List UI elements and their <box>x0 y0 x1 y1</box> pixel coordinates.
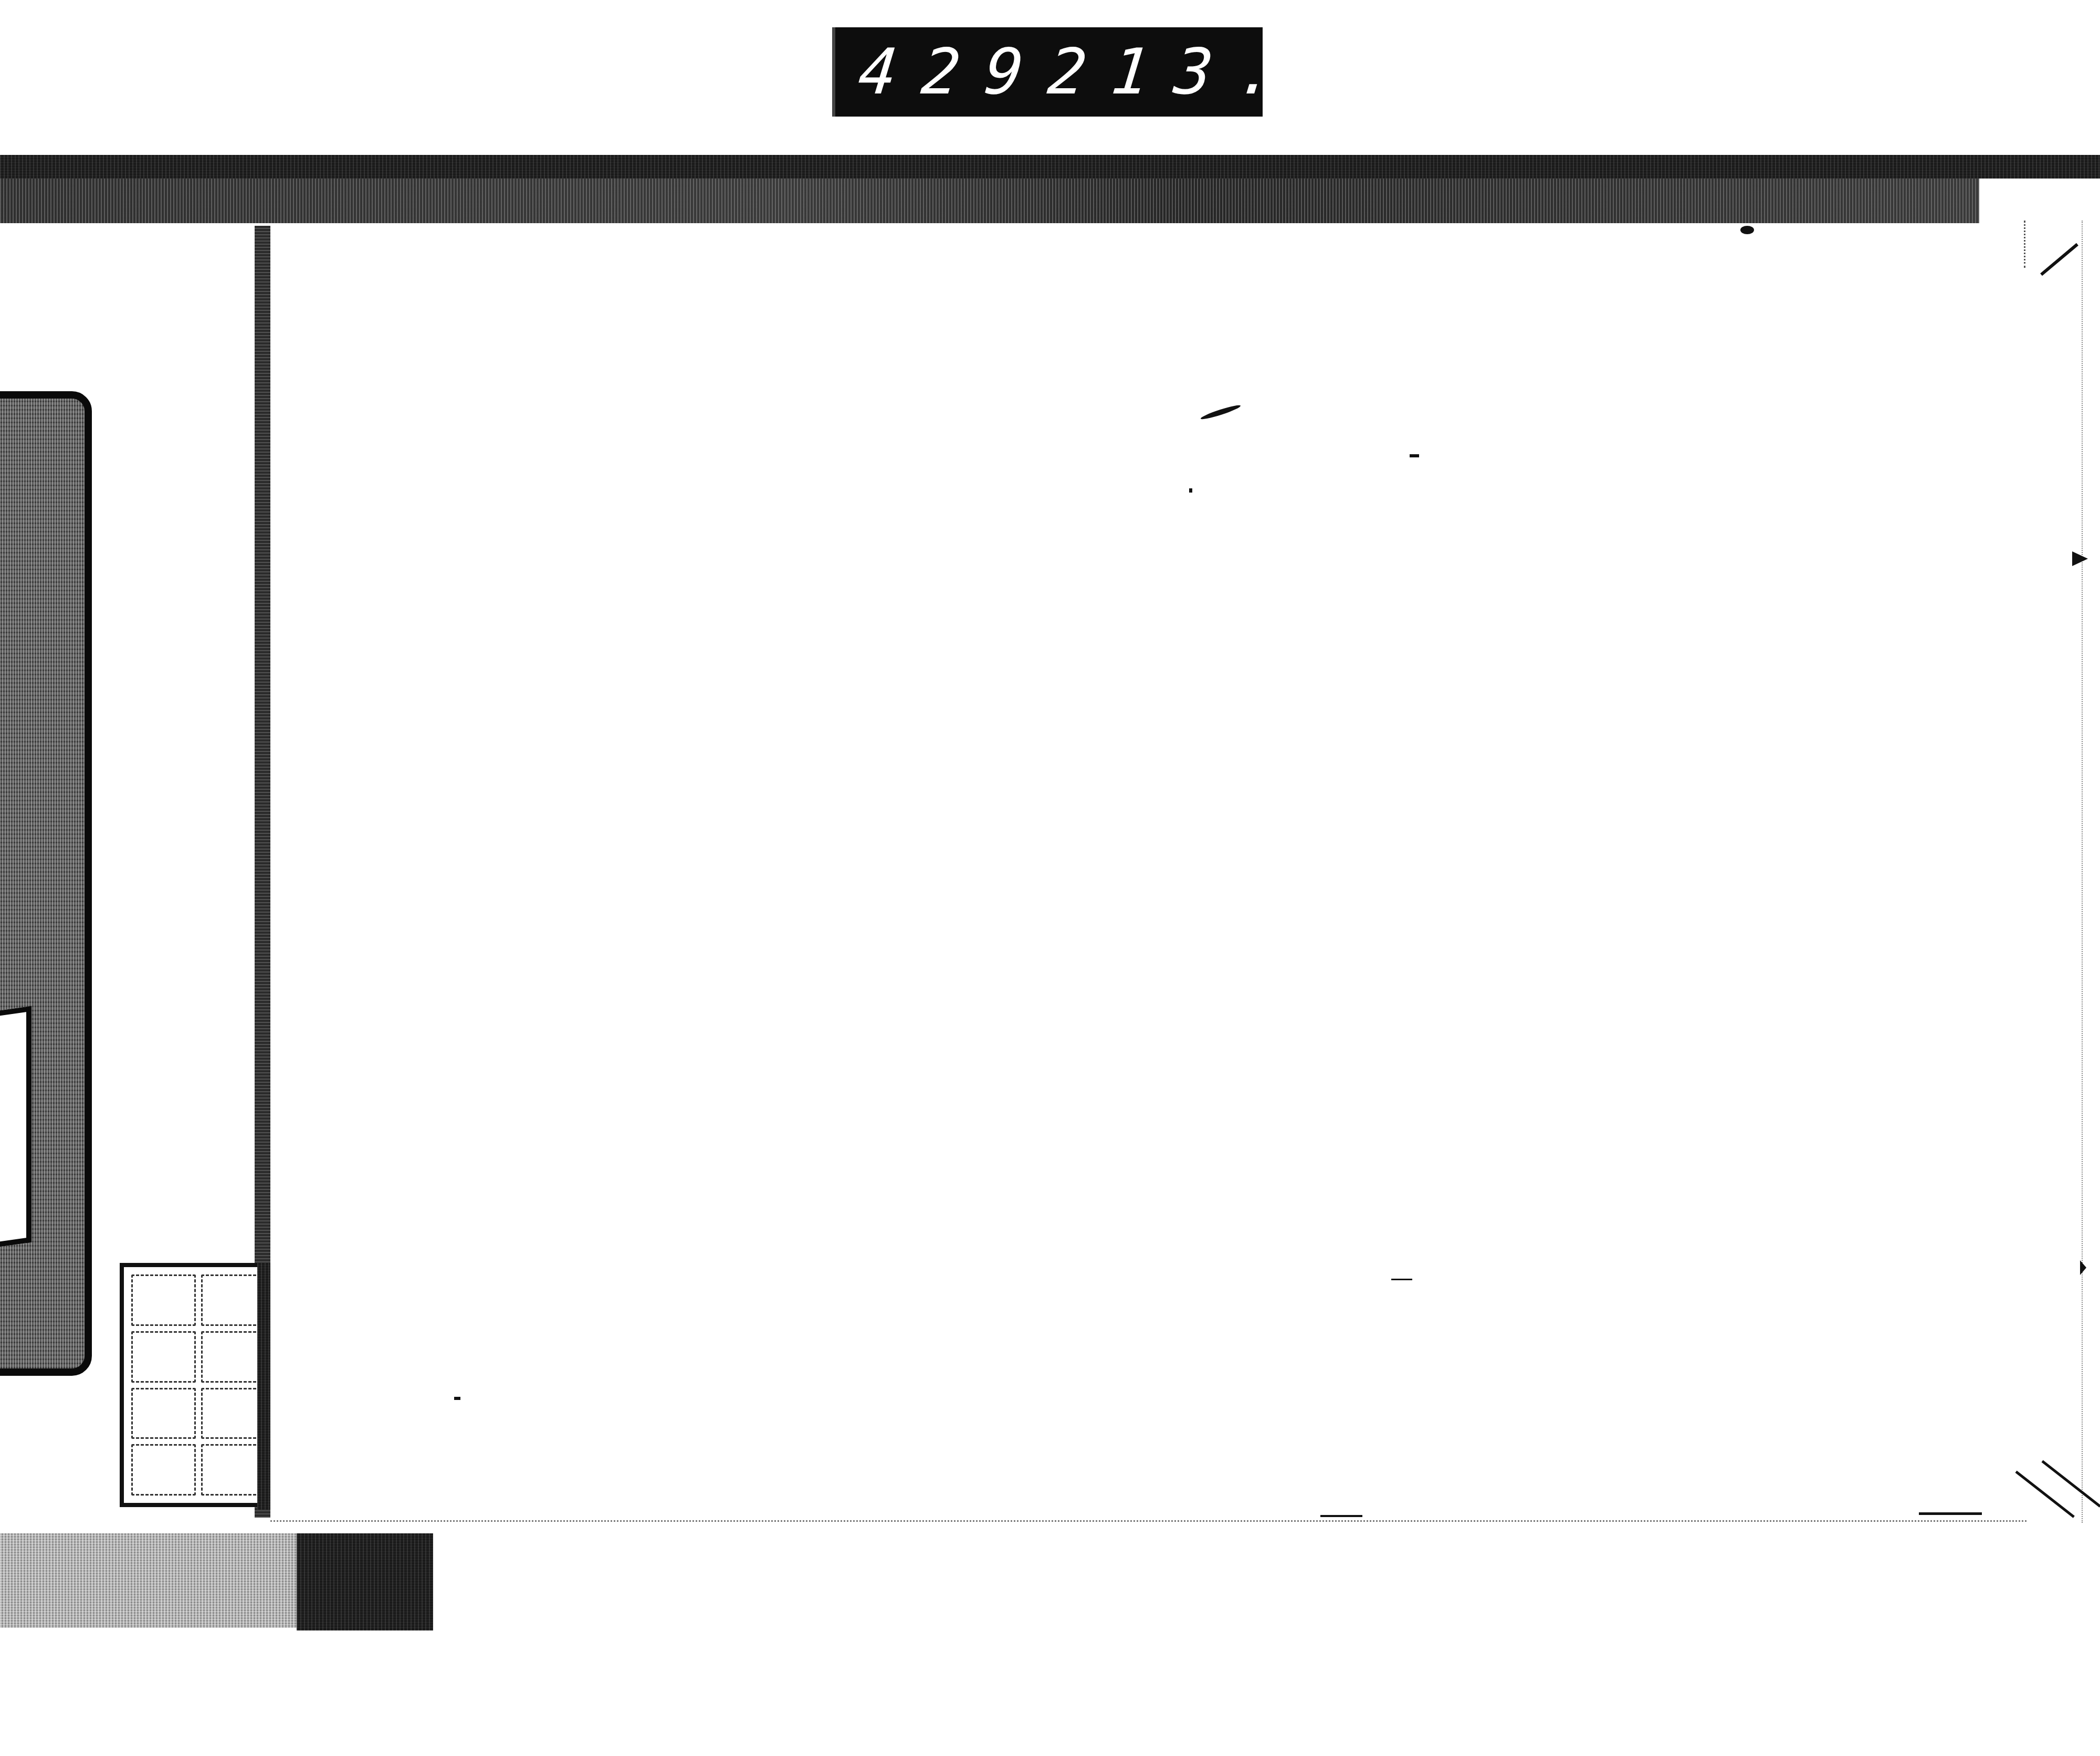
edge-notch-mark <box>2072 551 2088 566</box>
edge-notch-mark <box>2080 1260 2086 1275</box>
speck-mark <box>454 1397 460 1400</box>
speck-mark <box>1919 1512 1982 1515</box>
top-binding-band <box>0 155 2100 179</box>
speck-mark <box>1200 403 1241 421</box>
frame-counter-left: 429 <box>855 36 1052 109</box>
label-window <box>0 1006 31 1247</box>
scan-dark-region <box>297 1533 433 1630</box>
seal-glyph <box>201 1444 266 1496</box>
blank-page <box>270 223 2026 1522</box>
seal-glyph <box>131 1331 196 1383</box>
seal-glyph <box>131 1274 196 1326</box>
seal-stamp <box>120 1263 277 1507</box>
seal-glyph <box>131 1388 196 1439</box>
seal-glyph <box>201 1331 266 1383</box>
seal-glyph <box>201 1388 266 1439</box>
frame-counter: 429 213. <box>832 27 1263 117</box>
speck-mark <box>1391 1279 1412 1280</box>
bottom-corner-fold <box>2005 1465 2095 1512</box>
speck-mark <box>1410 454 1419 457</box>
page-corner-fold <box>2024 221 2078 268</box>
seal-glyph <box>131 1444 196 1496</box>
page-right-edge <box>2082 221 2100 1523</box>
binding-shadow <box>0 179 1979 223</box>
speck-mark <box>1320 1515 1362 1517</box>
speck-mark <box>1189 488 1192 493</box>
scan-gray-region <box>0 1533 297 1628</box>
speck-mark <box>1740 226 1754 234</box>
frame-counter-right: 213. <box>1044 36 1305 109</box>
seal-glyph <box>201 1274 266 1326</box>
